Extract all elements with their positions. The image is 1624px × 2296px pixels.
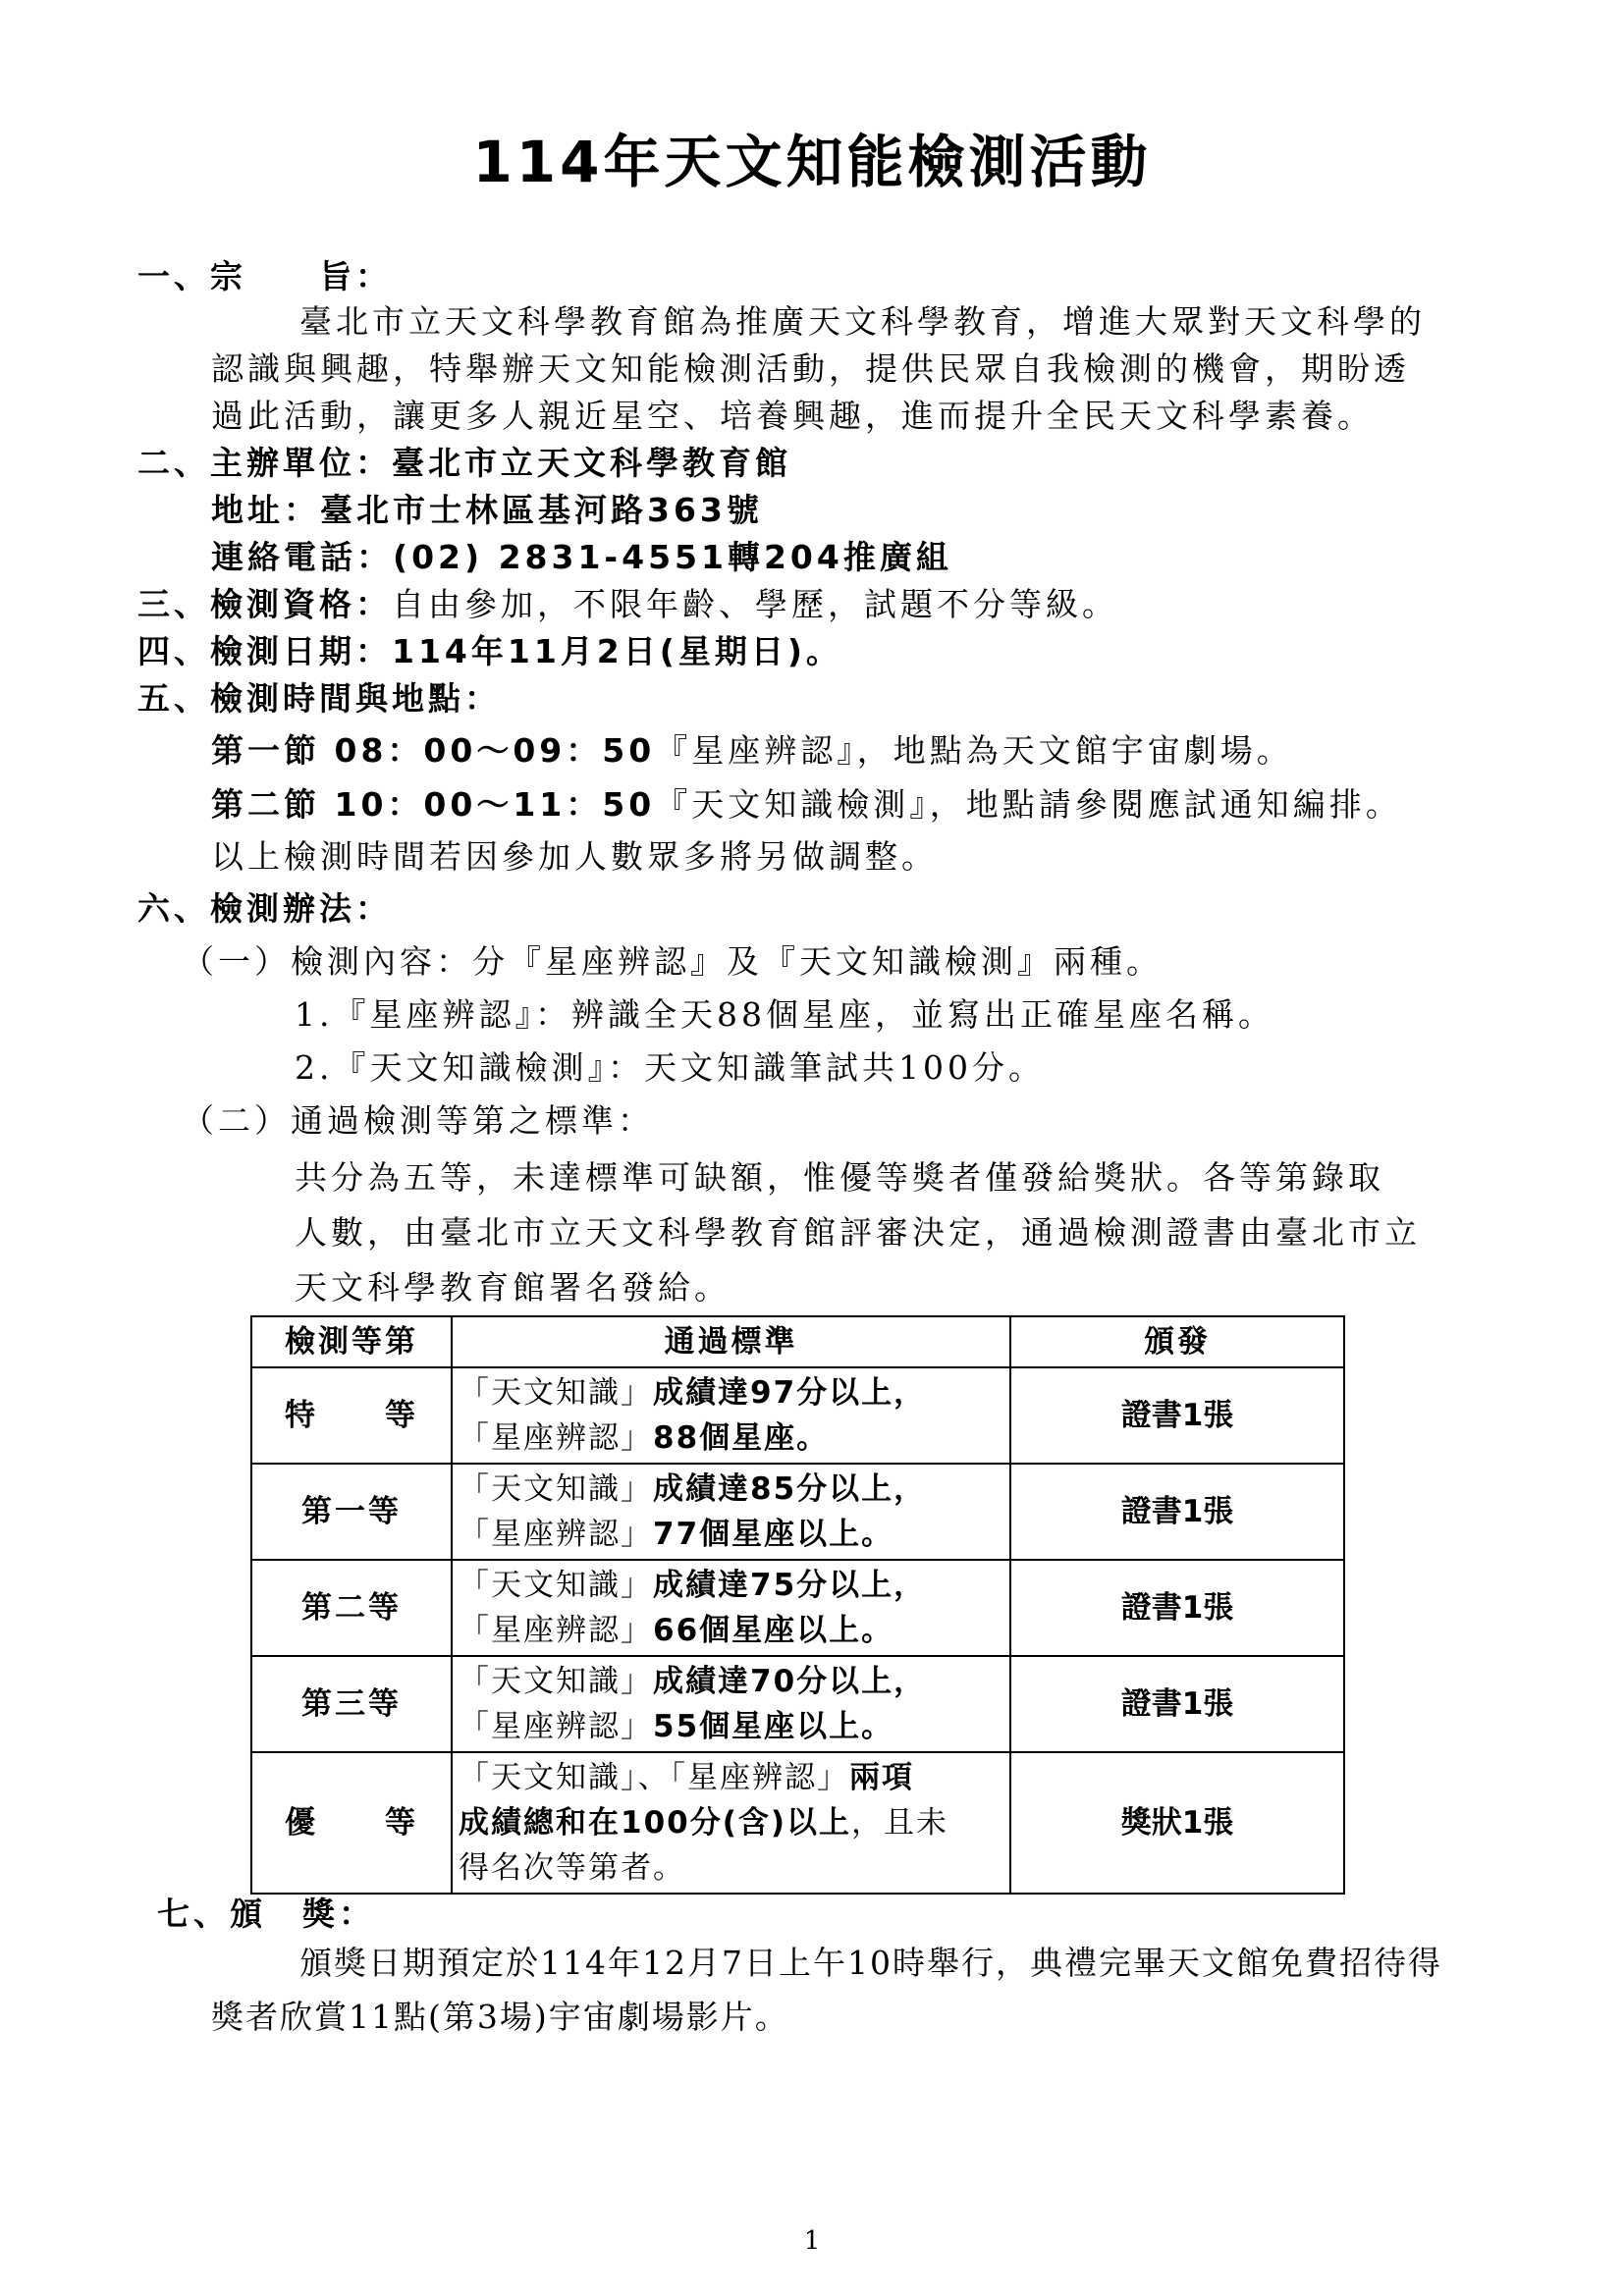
section-1-body-line: 認識與興趣，特舉辦天文知能檢測活動，提供民眾自我檢測的機會，期盼透 xyxy=(211,349,1410,389)
award-cell: 獎狀1張 xyxy=(1010,1752,1344,1894)
award-cell: 證書1張 xyxy=(1010,1464,1344,1560)
section-1-body-line: 臺北市立天文科學教育館為推廣天文科學教育，增進大眾對天文科學的 xyxy=(299,302,1426,342)
session-1: 第一節 08：00～09：50『星座辨認』，地點為天文館宇宙劇場。 xyxy=(211,731,1293,771)
criterion-text-bold: 成績總和在100分(含)以上 xyxy=(459,1805,851,1841)
section-4-text: 114年11月2日(星期日)。 xyxy=(392,632,842,670)
section-7-body-line: 獎者欣賞11點(第3場)宇宙劇場影片。 xyxy=(211,1998,789,2037)
header-grade: 檢測等第 xyxy=(251,1316,452,1367)
constellation-criterion: 55個星座以上。 xyxy=(653,1709,893,1744)
session-2: 第二節 10：00～11：50『天文知識檢測』，地點請參閱應試通知編排。 xyxy=(211,785,1402,825)
award-cell: 證書1張 xyxy=(1010,1367,1344,1464)
grade-cell: 優 等 xyxy=(251,1752,452,1894)
grade-cell: 特 等 xyxy=(251,1367,452,1464)
session-text: 『星座辨認』，地點為天文館宇宙劇場。 xyxy=(655,731,1293,770)
constellation-label: 「星座辨認」 xyxy=(459,1709,653,1744)
constellation-label: 「星座辨認」 xyxy=(459,1613,653,1648)
constellation-criterion: 77個星座以上。 xyxy=(653,1517,893,1552)
section-3-label: 三、檢測資格： xyxy=(137,585,392,623)
knowledge-label: 「天文知識」 xyxy=(459,1471,653,1507)
phone: 連絡電話：(02) 2831-4551轉204推廣組 xyxy=(211,538,952,577)
section-5-heading: 五、檢測時間與地點： xyxy=(137,679,501,719)
address: 地址：臺北市士林區基河路363號 xyxy=(211,491,763,530)
header-award: 頒發 xyxy=(1010,1316,1344,1367)
sub-2-body-line: 人數，由臺北市立天文科學教育館評審決定，通過檢測證書由臺北市立 xyxy=(295,1213,1421,1253)
criterion-text: 得名次等第者。 xyxy=(459,1850,685,1886)
award-cell: 證書1張 xyxy=(1010,1656,1344,1752)
session-label: 第二節 xyxy=(211,785,320,824)
section-7-heading: 七、頒 獎： xyxy=(157,1895,375,1934)
knowledge-criterion: 成績達75分以上， xyxy=(653,1568,926,1603)
constellation-label: 「星座辨認」 xyxy=(459,1420,653,1456)
standard-cell: 「天文知識」成績達70分以上， 「星座辨認」55個星座以上。 xyxy=(452,1656,1010,1752)
grade-cell: 第三等 xyxy=(251,1656,452,1752)
sub-2-heading: （二）通過檢測等第之標準： xyxy=(182,1101,654,1141)
standard-cell: 「天文知識」成績達85分以上， 「星座辨認」77個星座以上。 xyxy=(452,1464,1010,1560)
sub-1-heading: （一）檢測內容：分『星座辨認』及『天文知識檢測』兩種。 xyxy=(182,942,1163,982)
knowledge-criterion: 成績達97分以上， xyxy=(653,1375,926,1411)
constellation-criterion: 88個星座。 xyxy=(653,1420,829,1456)
session-label: 第一節 xyxy=(211,731,320,770)
page-number: 1 xyxy=(0,2226,1624,2256)
criterion-text: ，且未 xyxy=(851,1805,948,1841)
session-time: 08：00～09：50 xyxy=(335,731,656,770)
header-standard: 通過標準 xyxy=(452,1316,1010,1367)
session-time: 10：00～11：50 xyxy=(335,785,656,824)
award-cell: 證書1張 xyxy=(1010,1560,1344,1656)
session-text: 『天文知識檢測』，地點請參閱應試通知編排。 xyxy=(655,785,1402,824)
standard-cell: 「天文知識」成績達75分以上， 「星座辨認」66個星座以上。 xyxy=(452,1560,1010,1656)
knowledge-criterion: 成績達85分以上， xyxy=(653,1471,926,1507)
session-note: 以上檢測時間若因參加人數眾多將另做調整。 xyxy=(211,837,938,877)
grade-cell: 第一等 xyxy=(251,1464,452,1560)
section-2-heading: 二、主辦單位：臺北市立天文科學教育館 xyxy=(137,444,791,483)
table-row: 第三等 「天文知識」成績達70分以上， 「星座辨認」55個星座以上。 證書1張 xyxy=(251,1656,1344,1752)
knowledge-label: 「天文知識」 xyxy=(459,1568,653,1603)
constellation-label: 「星座辨認」 xyxy=(459,1517,653,1552)
sub-1-item: 2.『天文知識檢測』：天文知識筆試共100分。 xyxy=(295,1048,1045,1088)
knowledge-label: 「天文知識」 xyxy=(459,1664,653,1699)
section-3: 三、檢測資格：自由參加，不限年齡、學歷，試題不分等級。 xyxy=(137,585,1118,624)
table-row: 特 等 「天文知識」成績達97分以上， 「星座辨認」88個星座。 證書1張 xyxy=(251,1367,1344,1464)
sub-1-item: 1.『星座辨認』：辨識全天88個星座，並寫出正確星座名稱。 xyxy=(295,995,1274,1035)
section-3-text: 自由參加，不限年齡、學歷，試題不分等級。 xyxy=(392,585,1118,623)
document-title: 114年天文知能檢測活動 xyxy=(0,116,1624,198)
constellation-criterion: 66個星座以上。 xyxy=(653,1613,893,1648)
sub-2-body-line: 共分為五等，未達標準可缺額，惟優等獎者僅發給獎狀。各等第錄取 xyxy=(295,1158,1384,1198)
section-7-body-line: 頒獎日期預定於114年12月7日上午10時舉行，典禮完畢天文館免費招待得 xyxy=(299,1944,1442,1983)
table-row: 優 等 「天文知識」、「星座辨認」兩項 成績總和在100分(含)以上，且未 得名… xyxy=(251,1752,1344,1894)
table-row: 第一等 「天文知識」成績達85分以上， 「星座辨認」77個星座以上。 證書1張 xyxy=(251,1464,1344,1560)
knowledge-label: 「天文知識」 xyxy=(459,1375,653,1411)
section-1-body-line: 過此活動，讓更多人親近星空、培養興趣，進而提升全民天文科學素養。 xyxy=(211,397,1374,436)
section-1-heading: 一、宗 旨： xyxy=(137,257,392,296)
sub-2-body-line: 天文科學教育館署名發給。 xyxy=(295,1268,731,1308)
table-row: 第二等 「天文知識」成績達75分以上， 「星座辨認」66個星座以上。 證書1張 xyxy=(251,1560,1344,1656)
section-6-heading: 六、檢測辦法： xyxy=(137,889,392,929)
criterion-text: 「天文知識」、「星座辨認」 xyxy=(459,1760,849,1795)
knowledge-criterion: 成績達70分以上， xyxy=(653,1664,926,1699)
table-header-row: 檢測等第 通過標準 頒發 xyxy=(251,1316,1344,1367)
section-4-label: 四、檢測日期： xyxy=(137,632,392,670)
grade-cell: 第二等 xyxy=(251,1560,452,1656)
criterion-text-bold: 兩項 xyxy=(849,1760,914,1795)
standard-cell: 「天文知識」成績達97分以上， 「星座辨認」88個星座。 xyxy=(452,1367,1010,1464)
standard-cell: 「天文知識」、「星座辨認」兩項 成績總和在100分(含)以上，且未 得名次等第者… xyxy=(452,1752,1010,1894)
section-4: 四、檢測日期：114年11月2日(星期日)。 xyxy=(137,632,842,671)
grade-criteria-table: 檢測等第 通過標準 頒發 特 等 「天文知識」成績達97分以上， 「星座辨認」8… xyxy=(250,1315,1345,1895)
